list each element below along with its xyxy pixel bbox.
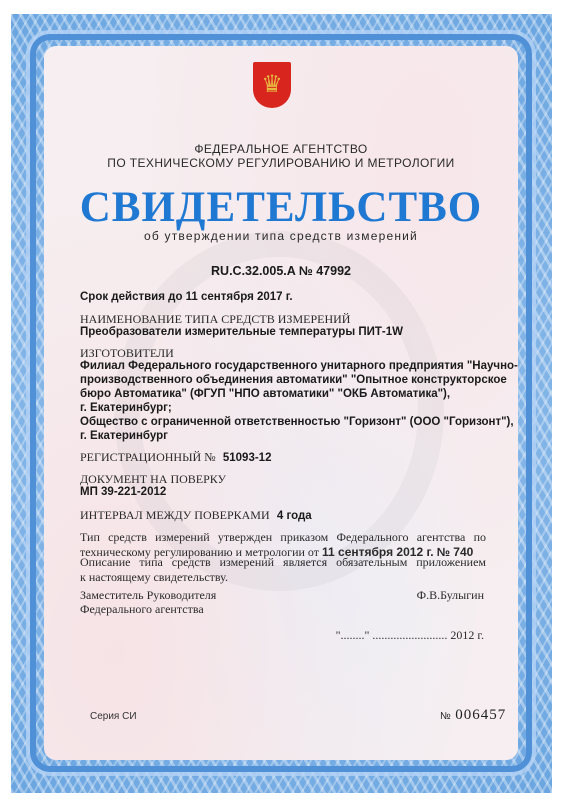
manufacturer-line: г. Екатеринбург; <box>80 402 172 414</box>
type-name-value: Преобразователи измерительные температур… <box>80 326 403 338</box>
blank-number-value: 006457 <box>455 707 506 723</box>
verification-doc-value: МП 39-221-2012 <box>80 486 166 498</box>
manufacturer-line: Общество с ограниченной ответственностью… <box>80 416 514 428</box>
signature-date: "........" ......................... 201… <box>336 628 484 643</box>
certificate-subtitle: об утверждении типа средств измерений <box>0 229 562 243</box>
verification-doc-label: ДОКУМЕНТ НА ПОВЕРКУ <box>80 472 226 487</box>
agency-name-line2: ПО ТЕХНИЧЕСКОМУ РЕГУЛИРОВАНИЮ И МЕТРОЛОГ… <box>0 156 562 170</box>
agency-name-line1: ФЕДЕРАЛЬНОЕ АГЕНТСТВО <box>0 142 562 156</box>
blank-number: № 006457 <box>440 706 506 724</box>
eagle-icon: ♛ <box>261 73 283 97</box>
series-label: Серия СИ <box>90 711 137 722</box>
registration-value: 51093-12 <box>223 452 272 464</box>
manufacturers-label: ИЗГОТОВИТЕЛИ <box>80 346 174 361</box>
manufacturer-line: Филиал Федерального государственного уни… <box>80 360 518 372</box>
coat-of-arms-icon: ♛ <box>253 62 291 108</box>
description-text: Описание типа средств измерений является… <box>80 555 486 585</box>
approval-text-line1: Тип средств измерений утвержден приказом… <box>80 530 486 545</box>
signatory-position-line2: Федерального агентства <box>80 602 204 617</box>
validity-date: Срок действия до 11 сентября 2017 г. <box>80 291 293 303</box>
manufacturer-line: бюро Автоматика" (ФГУП "НПО автоматики" … <box>80 388 450 400</box>
verification-interval: ИНТЕРВАЛ МЕЖДУ ПОВЕРКАМИ 4 года <box>80 508 312 523</box>
type-name-label: НАИМЕНОВАНИЕ ТИПА СРЕДСТВ ИЗМЕРЕНИЙ <box>80 312 350 327</box>
number-sign: № <box>440 711 451 722</box>
interval-label: ИНТЕРВАЛ МЕЖДУ ПОВЕРКАМИ <box>80 508 270 522</box>
manufacturer-line: г. Екатеринбург <box>80 430 168 442</box>
interval-value: 4 года <box>277 510 312 522</box>
registration-number: РЕГИСТРАЦИОННЫЙ № 51093-12 <box>80 450 271 465</box>
certificate-title: СВИДЕТЕЛЬСТВО <box>0 183 562 232</box>
manufacturer-line: производственного объединения автоматики… <box>80 374 507 386</box>
certificate-number: RU.C.32.005.A № 47992 <box>0 264 562 278</box>
registration-label: РЕГИСТРАЦИОННЫЙ № <box>80 450 216 464</box>
signatory-name: Ф.В.Булыгин <box>417 588 484 603</box>
signatory-position-line1: Заместитель Руководителя <box>80 588 216 603</box>
